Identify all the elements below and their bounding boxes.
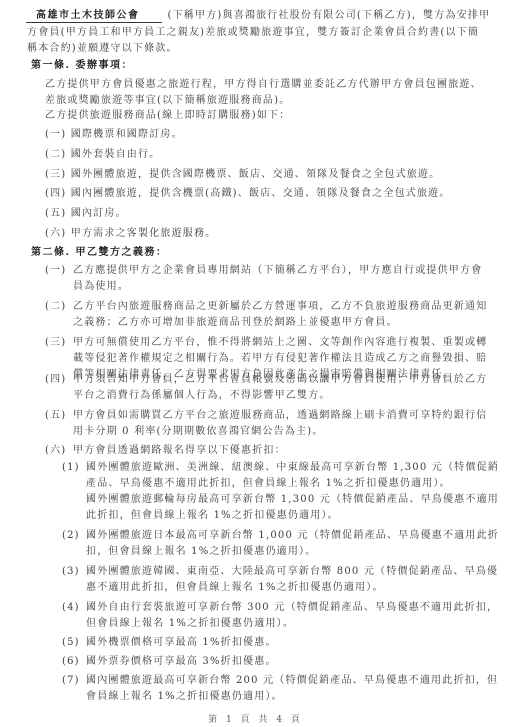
article-2-item-4-line-1: 甲方須告知甲方會員，乙方平台會員帳號及密碼以讓甲方會員使用；甲方會員於乙方: [73, 374, 487, 386]
article-1-para-3: 乙方提供旅遊服務商品(線上即時訂購服務)如下：: [45, 110, 290, 122]
article-1-para-2: 差旅或獎勵旅遊等事宜(以下簡稱旅遊服務商品)。: [45, 95, 290, 107]
article-1-item-4: (四) 國內團體旅遊，提供含機票(高鐵)、飯店、交通、領隊及餐食之全包式旅遊。: [45, 188, 451, 200]
article-2-item-6-label: (六): [45, 445, 66, 457]
page-indicator: 第 1 頁 共 4 頁: [0, 712, 511, 725]
discount-1-line-3: 國外團體旅遊郵輪每房最高可享新台幣 1,300 元（特價促銷產品、早鳥優惠不適用: [86, 494, 499, 506]
article-2-item-1-label: (一): [45, 265, 66, 277]
discount-6-label: (6): [62, 656, 80, 668]
discount-1-line-2: 產品、早鳥優惠不適用此折扣，但會員線上報名 1%之折扣優惠仍適用）。: [86, 478, 451, 490]
discount-4-line-2: 但會員線上報名 1%之折扣優惠仍適用）。: [86, 618, 294, 630]
article-1-item-1: (一) 國際機票和國際訂房。: [45, 129, 183, 141]
article-1-para-1: 乙方提供甲方會員優惠之旅遊行程，甲方得自行選購並委託乙方代辦甲方會員包團旅遊、: [45, 79, 482, 91]
article-1-item-3: (三) 國外團體旅遊，提供含國際機票、飯店、交通、領隊及餐食之全包式旅遊。: [45, 169, 440, 181]
discount-2-label: (2): [62, 530, 80, 542]
contract-page: 高雄市土木技師公會(下稱甲方)與喜鴻旅行社股份有限公司(下稱乙方)，雙方為安排甲…: [0, 0, 511, 727]
discount-3-line-2: 惠不適用此折扣，但會員線上報名 1%之折扣優惠仍適用）。: [86, 582, 384, 594]
discount-5-label: (5): [62, 637, 80, 649]
article-2-item-5-line-1: 甲方會員如需購買乙方平台之旅遊服務商品，透過網路線上刷卡消費可享特約銀行信: [73, 410, 487, 422]
article-2-item-5-line-2: 用卡分期 0 利率(分期期數依喜鴻官網公告為主)。: [73, 426, 324, 438]
discount-4-line-1: 國外自由行套裝旅遊可享新台幣 300 元（特價促銷產品、早鳥優惠不適用此折扣，: [86, 602, 498, 614]
article-2-item-6-line-1: 甲方會員透過網路報名得享以下優惠折扣：: [73, 445, 286, 457]
discount-7-line-2: 會員線上報名 1%之折扣優惠仍適用）。: [86, 691, 283, 703]
intro-line-1: 高雄市土木技師公會(下稱甲方)與喜鴻旅行社股份有限公司(下稱乙方)，雙方為安排甲: [36, 10, 490, 23]
discount-7-line-1: 國內團體旅遊最高可享新台幣 200 元（特價促銷產品、早鳥優惠不適用此折扣，但: [86, 675, 498, 687]
article-2-title: 第二條. 甲乙雙方之義務：: [31, 247, 167, 259]
intro-line-3: 稱本合約)並願遵守以下條款。: [27, 43, 178, 55]
article-2-item-1-line-2: 員為使用。: [73, 281, 129, 293]
article-1-item-2: (二) 國外套裝自由行。: [45, 149, 160, 161]
discount-2-line-2: 扣，但會員線上報名 1%之折扣優惠仍適用）。: [86, 546, 316, 558]
intro-line-2: 方會員(甲方員工和甲方員工之親友)差旅或獎勵旅遊事宜，雙方簽訂企業會員合約書(以…: [27, 27, 479, 39]
article-2-item-3-label: (三): [45, 337, 66, 349]
discount-7-label: (7): [62, 675, 80, 687]
intro-line-1-rest: (下稱甲方)與喜鴻旅行社股份有限公司(下稱乙方)，雙方為安排甲: [168, 10, 491, 21]
article-1-item-5: (五) 國內訂房。: [45, 208, 127, 220]
article-2-item-1-line-1: 乙方應提供甲方之企業會員專用網站（下簡稱乙方平台），甲方應自行或提供甲方會: [73, 265, 482, 277]
article-2-item-3-line-1: 甲方可無償使用乙方平台，惟不得將網站上之圖、文等創作內容進行複製、重製或轉: [73, 337, 487, 349]
article-1-item-6: (六) 甲方需求之客製化旅遊服務。: [45, 228, 216, 240]
article-2-item-2-label: (二): [45, 301, 66, 313]
discount-1-line-4: 此折扣，但會員線上報名 1%之折扣優惠仍適用）。: [86, 510, 339, 522]
article-2-item-3-line-2: 載等侵犯著作權規定之相關行為。若甲方有侵犯著作權法且造成乙方之商譽毀損、賠: [73, 353, 487, 365]
discount-3-line-1: 國外團體旅遊韓國、東南亞、大陸最高可享新台幣 800 元（特價促銷產品、早鳥優: [86, 566, 498, 578]
discount-6-line-1: 國外票券價格可享最高 3%折扣優惠。: [86, 656, 277, 668]
article-2-item-5-label: (五): [45, 410, 66, 422]
article-1-title: 第一條. 委辦事項：: [31, 60, 133, 72]
article-2-item-2-line-1: 乙方平台內旅遊服務商品之更新屬於乙方營運事項，乙方不負旅遊服務商品更新通知: [73, 301, 487, 313]
discount-2-line-1: 國外團體旅遊日本最高可享新台幣 1,000 元（特價促銷產品、早鳥優惠不適用此折: [86, 530, 499, 542]
party-a-name: 高雄市土木技師公會: [26, 10, 162, 23]
discount-1-label: (1): [62, 462, 80, 474]
article-2-item-2-line-2: 之義務；乙方亦可增加非旅遊商品刊登於網路上並優惠甲方會員。: [73, 317, 398, 329]
article-2-item-4-label: (四): [45, 374, 66, 386]
discount-4-label: (4): [62, 602, 80, 614]
discount-5-line-1: 國外機票價格可享最高 1%折扣優惠。: [86, 637, 277, 649]
article-2-item-4-line-2: 平台之消費行為係屬個人行為，不得影響甲乙雙方。: [73, 390, 331, 402]
discount-3-label: (3): [62, 566, 80, 578]
discount-1-line-1: 國外團體旅遊歐洲、美洲線、紐澳線、中東線最高可享新台幣 1,300 元（特價促銷: [86, 462, 499, 474]
